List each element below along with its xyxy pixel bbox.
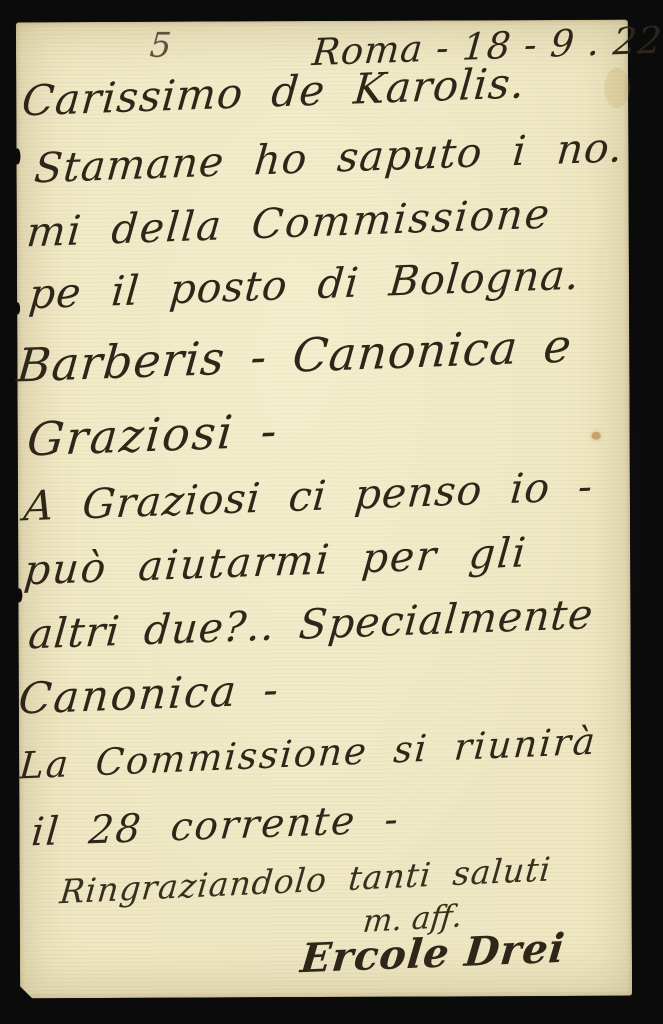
body-line: A Graziosi ci penso io -: [22, 464, 595, 530]
page-number: 5: [148, 28, 172, 65]
letter-paper: 5 Roma - 18 - 9 . 22 Carissimo de Karoli…: [16, 20, 632, 999]
body-line: mi della Commissione: [25, 192, 553, 256]
salutation: Carissimo de Karolis.: [20, 60, 527, 124]
body-line: Stamane ho saputo i no.: [32, 125, 625, 191]
body-line: Graziosi -: [25, 405, 281, 465]
paper-stain: [604, 68, 630, 108]
paper-edge-nick: [14, 148, 20, 164]
closing-line: Ringraziandolo tanti saluti: [58, 851, 553, 910]
photo-background: 5 Roma - 18 - 9 . 22 Carissimo de Karoli…: [0, 0, 663, 1024]
paper-edge-nick: [15, 302, 20, 314]
signature: Ercole Drei: [298, 927, 567, 982]
body-line: può aiutarmi per gli: [22, 530, 529, 593]
paper-edge-nick: [16, 588, 22, 602]
body-line: Canonica -: [17, 667, 282, 724]
body-line: altri due?.. Specialmente: [27, 592, 596, 657]
body-line: La Commissione si riunirà: [18, 722, 599, 788]
body-line: Barberis - Canonica e: [15, 320, 574, 391]
paper-edge-nick: [18, 984, 34, 1000]
body-line: il 28 corrente -: [30, 799, 402, 855]
body-line: pe il posto di Bologna.: [27, 253, 582, 318]
paper-stain: [592, 432, 601, 440]
